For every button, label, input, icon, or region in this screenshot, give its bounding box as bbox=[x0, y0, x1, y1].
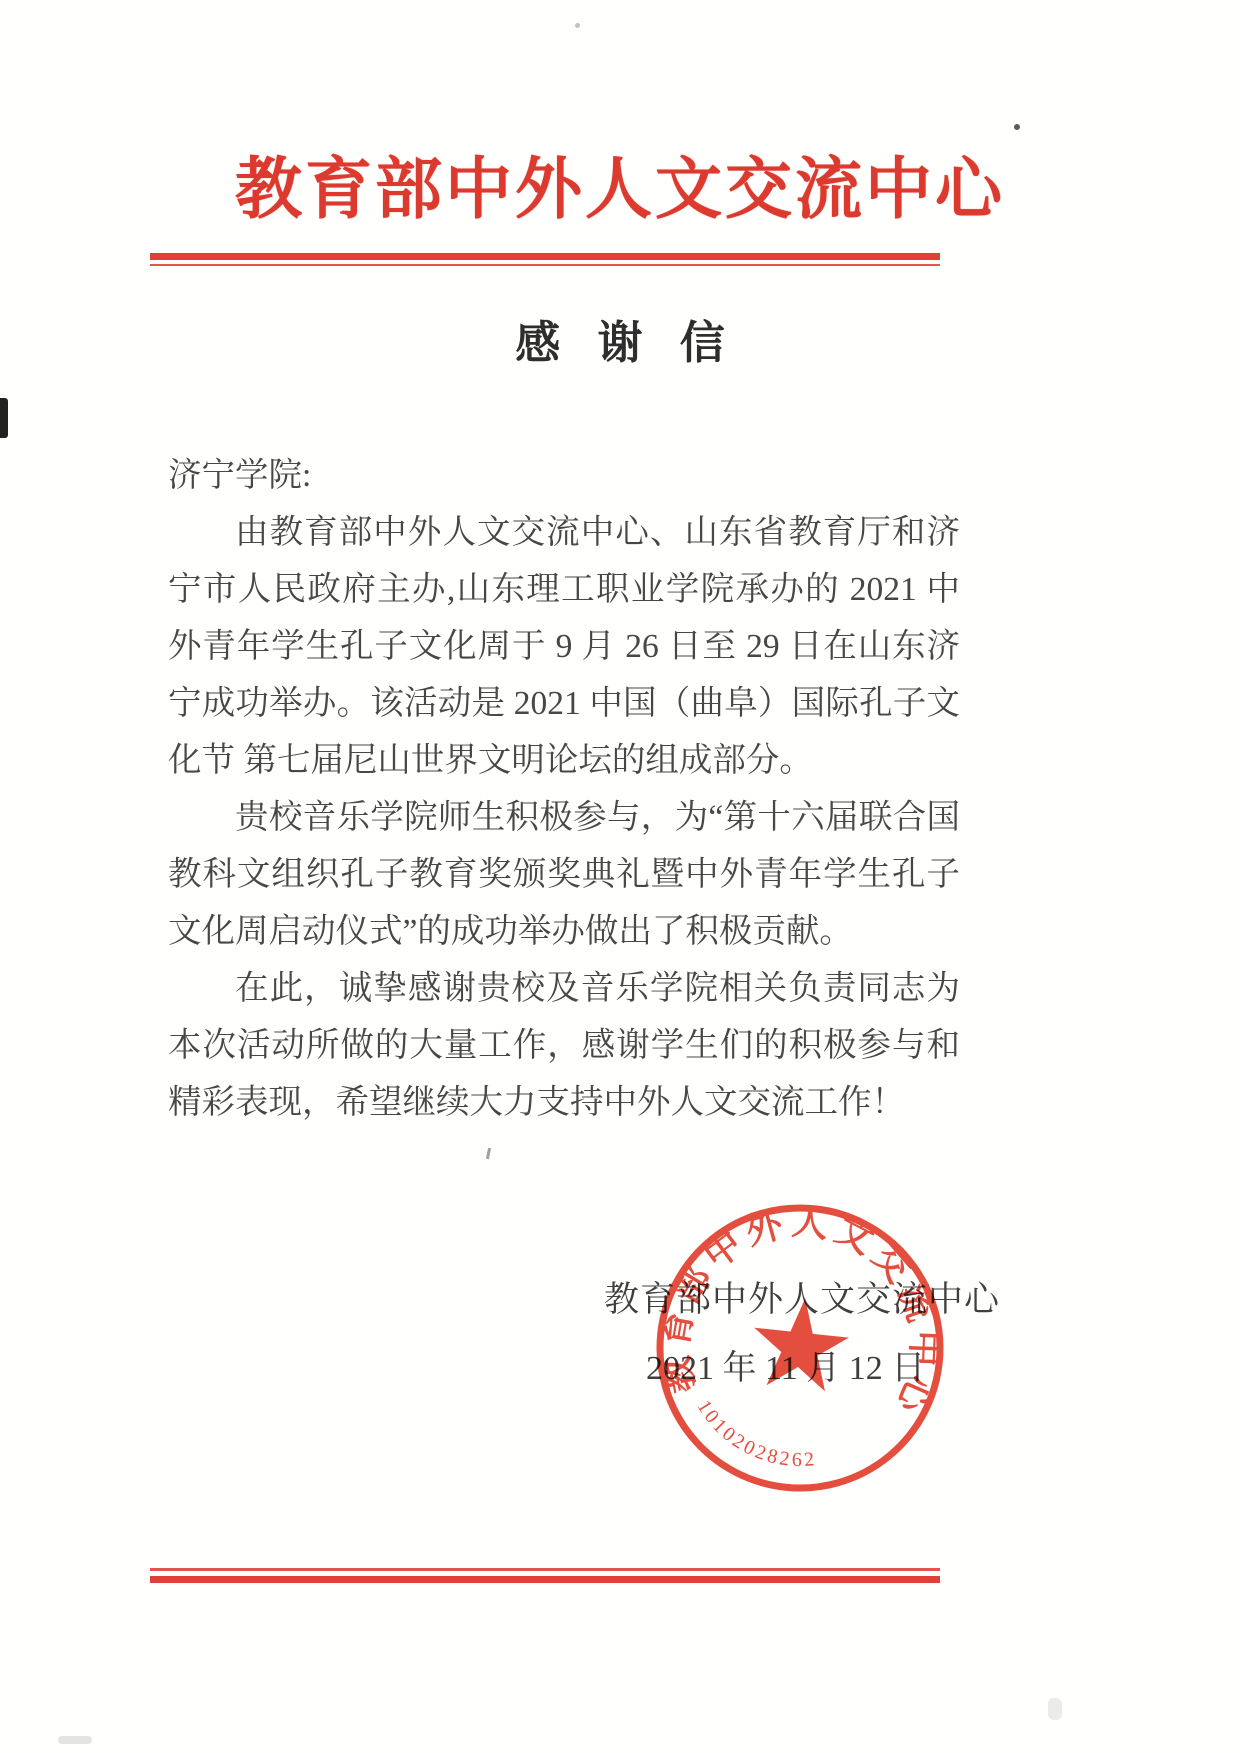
paragraph-1: 由教育部中外人文交流中心、山东省教育厅和济宁市人民政府主办,山东理工职业学院承办… bbox=[168, 504, 960, 789]
scan-artifact-tick bbox=[486, 1148, 491, 1159]
letterhead-title: 教育部中外人文交流中心 bbox=[0, 136, 1240, 232]
scan-artifact-dot bbox=[575, 23, 580, 28]
scan-artifact-dot bbox=[1014, 124, 1020, 130]
scan-artifact-smudge bbox=[1048, 1698, 1062, 1720]
letter-body: 济宁学院: 由教育部中外人文交流中心、山东省教育厅和济宁市人民政府主办,山东理工… bbox=[168, 447, 960, 1131]
paragraph-2: 贵校音乐学院师生积极参与，为“第十六届联合国教科文组织孔子教育奖颁奖典礼暨中外青… bbox=[168, 789, 960, 960]
header-rule-thick bbox=[150, 253, 940, 260]
seal-number: 1101020282620 bbox=[624, 1172, 849, 1474]
paragraph-3: 在此，诚挚感谢贵校及音乐学院相关负责同志为本次活动所做的大量工作，感谢学生们的积… bbox=[168, 960, 960, 1131]
footer-rule-thick bbox=[150, 1576, 940, 1583]
document-title: 感 谢 信 bbox=[0, 306, 1240, 371]
scanned-letter-page: 教育部中外人文交流中心 感 谢 信 济宁学院: 由教育部中外人文交流中心、山东省… bbox=[0, 0, 1240, 1753]
signature-date: 2021 年 11 月 12 日 bbox=[646, 1340, 925, 1389]
salutation: 济宁学院: bbox=[168, 447, 960, 504]
signature-org: 教育部中外人文交流中心 bbox=[604, 1272, 1000, 1322]
footer-rule-thin bbox=[150, 1568, 940, 1571]
header-rule-thin bbox=[150, 264, 940, 266]
scan-artifact-smudge bbox=[58, 1736, 92, 1744]
scan-artifact-edge-mark bbox=[0, 398, 8, 438]
